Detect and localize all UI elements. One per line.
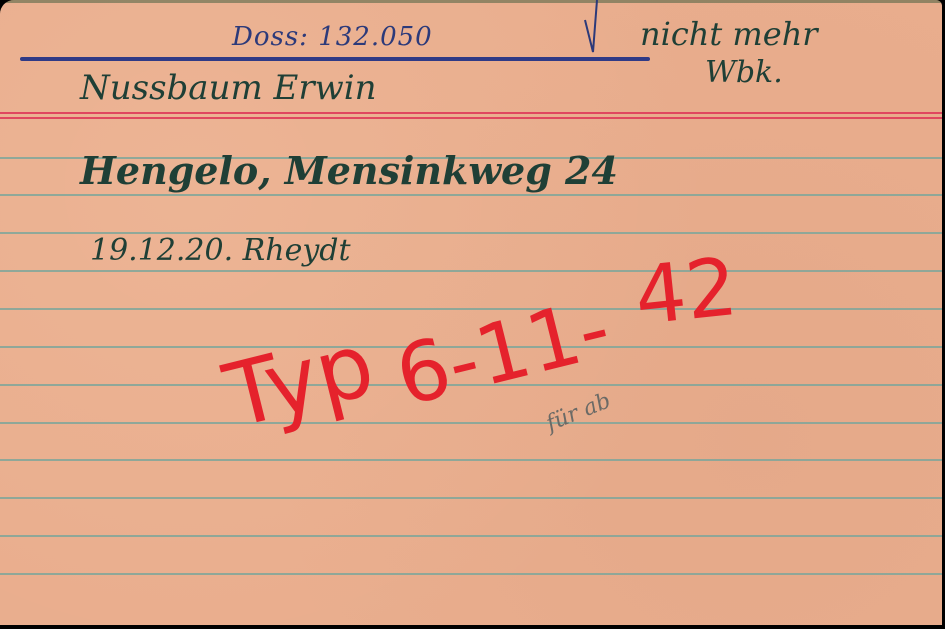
ruled-line: [0, 194, 942, 196]
side-note-line1: nicht mehr: [640, 15, 818, 53]
header-red-rule: [0, 112, 942, 114]
pencil-note: für ab: [543, 388, 615, 436]
ruled-line: [0, 459, 942, 461]
person-name: Nussbaum Erwin: [80, 68, 376, 108]
check-mark-icon: [583, 0, 603, 55]
address: Hengelo, Mensinkweg 24: [80, 148, 618, 193]
side-note-line2: Wbk.: [705, 55, 783, 90]
birth-date-place: 19.12.20. Rheydt: [90, 233, 351, 268]
red-annotation-prefix: Typ: [215, 312, 384, 448]
ruled-line: [0, 308, 942, 310]
header-red-rule: [0, 117, 942, 119]
card-edge: [0, 0, 942, 3]
header-blue-line: [20, 57, 650, 61]
dossier-number: Doss: 132.050: [232, 22, 433, 52]
ruled-line: [0, 573, 942, 575]
ruled-line: [0, 535, 942, 537]
ruled-line: [0, 497, 942, 499]
index-card: Doss: 132.050 nicht mehr Wbk. Nussbaum E…: [0, 0, 942, 625]
ruled-line: [0, 422, 942, 424]
ruled-line: [0, 270, 942, 272]
red-annotation-year: 42: [630, 240, 741, 343]
